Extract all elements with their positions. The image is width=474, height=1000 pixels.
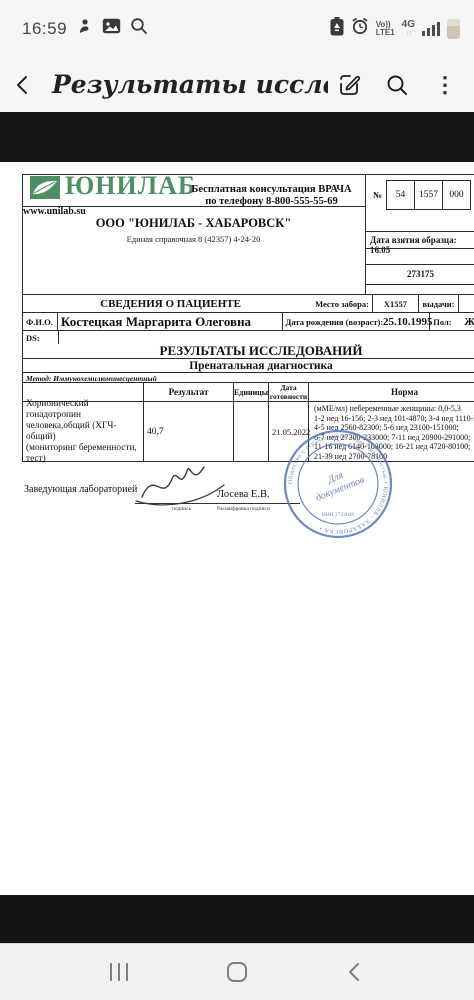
section-subtitle-row: Пренатальная диагностика (22, 359, 474, 373)
clock-text: 16:59 (22, 19, 67, 39)
status-bar: 16:59 Vo)) LTE1 4G ↓↑ (0, 0, 474, 57)
results-title-row: РЕЗУЛЬТАТЫ ИССЛЕДОВАНИЙ (22, 343, 474, 359)
app-header: Результаты исслед... ⋮ (0, 57, 474, 112)
back-button[interactable] (0, 62, 46, 108)
patient-info-table: СВЕДЕНИЯ О ПАЦИЕНТЕ Место забора: X1557 … (22, 294, 474, 344)
recents-button[interactable] (89, 950, 149, 994)
place-label: Место забора: (315, 299, 369, 309)
person-notification-icon (76, 18, 93, 40)
fio-label: Ф.И.О. (26, 317, 53, 327)
company-stamp: Общество с ограниченной ответственностью… (278, 424, 398, 544)
col-header-date: Дата готовности (269, 383, 309, 401)
patient-name: Костецкая Маргарита Олеговна (61, 314, 251, 330)
lab-head-role: Заведующая лабораторией (24, 484, 137, 495)
alarm-icon (351, 17, 369, 40)
section-subtitle: Пренатальная диагностика (189, 360, 333, 372)
unilab-logo-icon (30, 176, 60, 199)
battery-saver-icon (330, 17, 344, 41)
lab-head-name: Лосева Е.В. (217, 489, 270, 500)
sample-date-text: Дата взятия образца: 16.05 (366, 235, 474, 255)
number-part-cell: 54 (386, 180, 415, 210)
units-value (234, 402, 269, 461)
nav-back-button[interactable] (325, 950, 385, 994)
stamp-inn-text: ИНН 2722049 (322, 512, 355, 518)
name-caption: Расшифровка подписи (217, 506, 270, 512)
volte-icon: Vo)) LTE1 (376, 21, 395, 37)
nav-back-icon (345, 962, 365, 982)
signal-strength-icon (422, 22, 440, 36)
order-number-panel: № 54 1557 000 Дата взятия образца: 16.05… (365, 174, 474, 294)
home-icon (225, 960, 249, 984)
viewer-background-top (0, 112, 474, 162)
document-page[interactable]: ЮНИЛАБ www.unilab.su Бесплатная консульт… (0, 162, 474, 895)
recents-icon (108, 963, 130, 981)
search-button[interactable] (376, 64, 418, 106)
results-table: Результат Единицы Дата готовности Норма … (22, 383, 474, 462)
ds-label: DS: (26, 333, 40, 343)
results-title: РЕЗУЛЬТАТЫ ИССЛЕДОВАНИЙ (160, 343, 363, 359)
analyte-name: Хорионический гонадотропин человека,общи… (23, 402, 144, 461)
overflow-menu-button[interactable]: ⋮ (424, 64, 466, 106)
navigation-bar (0, 943, 474, 1000)
result-value: 40,7 (144, 402, 234, 461)
number-sign-label: № (366, 190, 387, 200)
logo-text: ЮНИЛАБ (65, 171, 196, 201)
edit-button[interactable] (328, 64, 370, 106)
phone-screen: 16:59 Vo)) LTE1 4G ↓↑ (0, 0, 474, 1000)
sex-label: Пол: (433, 317, 451, 327)
number-part-cell: 1557 (414, 180, 443, 210)
col-header-units: Единицы (234, 383, 269, 401)
place-value: X1557 (384, 299, 407, 309)
handwritten-signature (132, 457, 238, 509)
battery-icon (447, 19, 460, 39)
birth-value: 25.10.1995 (383, 316, 433, 328)
overflow-menu-icon: ⋮ (434, 72, 456, 98)
method-line: Метод: Иммунохемилюминесцентный (22, 373, 474, 383)
sex-value: Женс (464, 316, 474, 328)
gallery-notification-icon (102, 18, 121, 39)
birth-label: Дата рождения (возраст): (286, 317, 384, 327)
consultation-text: Бесплатная консультация ВРАЧА по телефон… (178, 184, 365, 208)
number-part-cell: 000 (442, 180, 471, 210)
signature-caption: подпись (172, 506, 191, 512)
organization-name: ООО "ЮНИЛАБ - ХАБАРОВСК" (22, 216, 365, 231)
search-notification-icon (130, 17, 148, 40)
issue-label: выдачи: (423, 299, 455, 309)
home-button[interactable] (207, 950, 267, 994)
col-header-result: Результат (144, 383, 234, 401)
col-header-norm: Норма (309, 383, 474, 401)
viewer-background-bottom (0, 895, 474, 943)
order-number-text: 273175 (366, 269, 474, 279)
organization-phone: Единая справочная 8 (42357) 4-24-20 (22, 234, 365, 244)
page-title: Результаты исслед... (46, 70, 328, 99)
patient-section-title: СВЕДЕНИЯ О ПАЦИЕНТЕ (26, 298, 315, 310)
network-type-indicator: 4G ↓↑ (402, 20, 415, 38)
